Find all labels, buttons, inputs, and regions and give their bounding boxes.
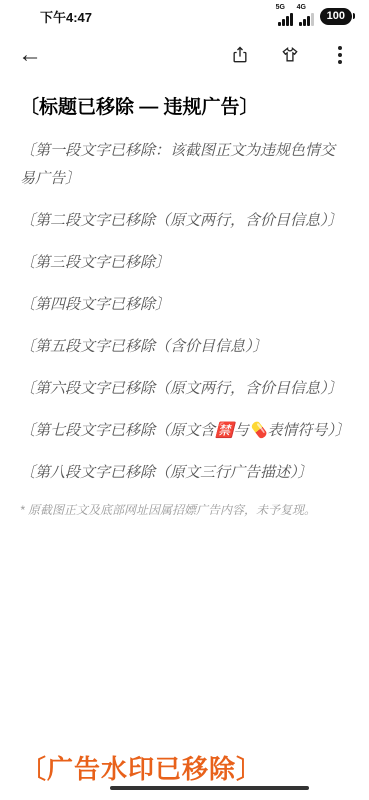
paragraph: 〔第一段文字已移除：该截图正文为违规色情交易广告〕 [20, 137, 349, 193]
nav-actions [229, 44, 351, 66]
share-icon[interactable] [229, 44, 251, 66]
nav-bar: ← [0, 32, 369, 78]
sim1-signal-icon: 5G [278, 6, 293, 26]
paragraph: 〔第四段文字已移除〕 [20, 291, 349, 319]
document-body: 〔标题已移除 — 违规广告〕 〔第一段文字已移除：该截图正文为违规色情交易广告〕… [0, 78, 369, 518]
watermark-text: 〔广告水印已移除〕 [20, 749, 263, 786]
paragraph: 〔第五段文字已移除（含价目信息）〕 [20, 333, 349, 361]
sim2-signal-icon: 4G [299, 6, 314, 26]
watermark-underline [110, 786, 309, 790]
paragraph: 〔第三段文字已移除〕 [20, 249, 349, 277]
status-bar: 下午4:47 5G 4G 100 [0, 0, 369, 32]
paragraph: 〔第七段文字已移除（原文含🈲与💊表情符号）〕 [20, 417, 349, 445]
status-indicators: 5G 4G 100 [278, 6, 355, 26]
paragraph: 〔第二段文字已移除（原文两行，含价目信息）〕 [20, 207, 349, 235]
page-title: 〔标题已移除 — 违规广告〕 [20, 92, 349, 119]
paragraph: 〔第八段文字已移除（原文三行广告描述）〕 [20, 459, 349, 487]
redaction-note: * 原截图正文及底部网址因属招嫖广告内容，未予复现。 [20, 501, 349, 518]
battery-icon: 100 [320, 8, 352, 25]
overflow-menu-icon[interactable] [329, 44, 351, 66]
back-arrow-icon[interactable]: ← [18, 43, 42, 67]
watermark-banner: 〔广告水印已移除〕 [0, 749, 369, 786]
paragraph: 〔第六段文字已移除（原文两行，含价目信息）〕 [20, 375, 349, 403]
clothes-theme-icon[interactable] [279, 44, 301, 66]
clock-text: 下午4:47 [40, 7, 92, 26]
